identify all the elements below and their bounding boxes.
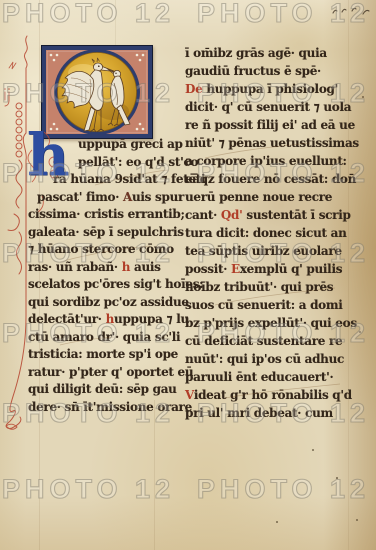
text-run: re ñ possit filij ei' ad eā ue [185,118,355,132]
text-line: cissima· cristis errantib; [28,206,180,224]
text-line: ras· uñ rabañ· h auis [28,259,180,277]
manuscript-page-photo: h uppupā greci appellāt': eo q'd st'cora… [0,0,376,550]
text-run: ideat g'r hō rōnabilis q'd [194,388,352,402]
text-run: uerū penne noue recre [185,190,332,204]
text-run: ī om̄ibz grās agē· quia [185,46,327,60]
text-run: hoībz tribuūt'· qui prēs [185,280,333,294]
text-run: paruuli ēnt educauert'· [185,370,333,384]
right-text-column: ī om̄ibz grās agē· quiagaudiū fructus ē … [185,44,351,422]
text-line: ⁊ hūano stercore cōmo [28,241,180,259]
text-line: niūt' ⁊ pēnas uetustissimas [185,134,351,152]
text-run: suos cū senuerit: a domi [185,298,343,312]
text-line: nuūt': qui ip'os cū adhuc [185,350,351,368]
text-run: sustentāt ī scrip [243,208,351,222]
text-run: xemplū q' puilis [240,262,342,276]
text-line: tea sūptis uiribz euolare [185,242,351,260]
text-line: suos cū senuerit: a domi [185,296,351,314]
text-run: pri ul' mri debeat· cum [185,406,333,420]
text-run: ratur· p'pter q' oportet eū [28,365,193,379]
dust-speck [359,331,361,333]
dust-speck [312,449,314,451]
text-run: nuūt': qui ip'os cū adhuc [185,352,344,366]
text-run: cissima· cristis errantib; [28,207,185,221]
text-line: De huppupa ī phisiolog' [185,80,351,98]
text-run: ras· uñ rabañ· [28,260,122,274]
text-line: re ñ possit filij ei' ad eā ue [185,116,351,134]
text-run: qui sordibz pc'oz assidue [28,295,189,309]
text-run: possit· [185,262,231,276]
text-line: dicit· q' cū senuerit ⁊ uola [185,98,351,116]
dust-speck [276,521,278,523]
drop-cap-initial: h [27,126,69,184]
text-run: huppupa ī phisiolog' [206,82,338,96]
text-run: cū deficiāt sustentare re [185,334,342,348]
text-line: cū deficiāt sustentare re [185,332,351,350]
text-run: pascat' fimo· [37,190,123,204]
text-line: pri ul' mri debeat· cum [185,404,351,422]
text-run: ra hūana 9sid'at ⁊ fetēti [53,172,205,186]
text-line: eāqz fouere nō cessāt: don̄ [185,170,351,188]
text-line: qui diligit deū: sēp gau [28,381,180,399]
watermark: PHOTO 12 [2,0,175,27]
dust-speck [356,519,358,521]
text-line: paruuli ēnt educauert'· [185,368,351,386]
text-run: tristicia: morte sp'i ope [28,347,178,361]
text-run: delectāt'ur· [28,312,106,326]
text-line: ī om̄ibz grās agē· quia [185,44,351,62]
text-line: galeata· sēp ī sepulchris [28,224,180,242]
rubric-run: h [106,312,114,326]
text-run: dere· sn̄ īt'missione orare [28,400,192,414]
watermark: PHOTO 12 [2,476,175,503]
rubric-run: De [185,82,206,96]
text-line: qui sordibz pc'oz assidue [28,294,180,312]
text-run: uis spur [132,190,184,204]
text-run: ctū amaro dr'· quia sc'li [28,330,180,344]
text-run: uppupā greci ap [78,137,183,151]
ruling-line [154,400,155,550]
text-run: cant· [185,208,221,222]
rubric-run: h [122,260,130,274]
text-line: dere· sn̄ īt'missione orare [28,399,180,417]
text-line: possit· Exemplū q' puilis [185,260,351,278]
rubric-run: V [185,388,194,402]
text-line: pascat' fimo· Auis spur [28,189,180,207]
text-run: tura dicit: donec sicut an [185,226,347,240]
watermark: PHOTO 12 [197,476,370,503]
text-line: gaudiū fructus ē spē· [185,62,351,80]
text-line: uerū penne noue recre [185,188,351,206]
rubric-run: Qd' [221,208,243,222]
text-run: ⁊ hūano stercore cōmo [28,242,174,256]
text-line: tristicia: morte sp'i ope [28,346,180,364]
text-run: bz p'prijs expellūt'· qui eos [185,316,357,330]
text-run: dicit· q' cū senuerit ⁊ uola [185,100,351,114]
ink-marks [330,4,376,20]
text-run: pellāt': eo q'd st'co [78,155,198,169]
text-run: niūt' ⁊ pēnas uetustissimas [185,136,359,150]
text-run: uppupa ⁊ lu [114,312,189,326]
text-run: scelatos pc'ōres sig't hoīes: [28,277,203,291]
text-run: a corpore ip'ius euellunt: [185,154,347,168]
text-run: qui diligit deū: sēp gau [28,382,177,396]
text-line: delectāt'ur· huppupa ⁊ lu [28,311,180,329]
text-run: tea sūptis uiribz euolare [185,244,342,258]
rubric-run: E [231,262,240,276]
text-run: galeata· sēp ī sepulchris [28,225,184,239]
text-line: tura dicit: donec sicut an [185,224,351,242]
text-line: cant· Qd' sustentāt ī scrip [185,206,351,224]
dust-speck [336,477,338,479]
text-line: scelatos pc'ōres sig't hoīes: [28,276,180,294]
text-run: auis [130,260,161,274]
text-line: bz p'prijs expellūt'· qui eos [185,314,351,332]
rubric-run: A [123,190,132,204]
text-line: ratur· p'pter q' oportet eū [28,364,180,382]
text-run: gaudiū fructus ē spē· [185,64,321,78]
text-run: eāqz fouere nō cessāt: don̄ [185,172,356,186]
text-line: ctū amaro dr'· quia sc'li [28,329,180,347]
dust-speck [362,96,364,98]
text-line: hoībz tribuūt'· qui prēs [185,278,351,296]
text-line: Videat g'r hō rōnabilis q'd [185,386,351,404]
text-line: a corpore ip'ius euellunt: [185,152,351,170]
